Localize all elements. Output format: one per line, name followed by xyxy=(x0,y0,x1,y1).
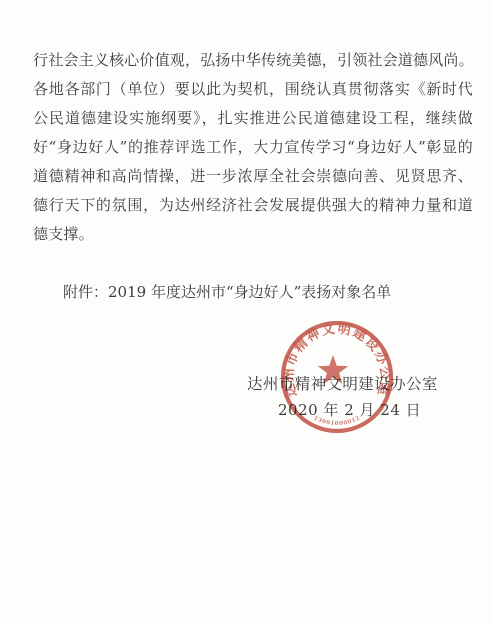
body-text-line: 行社会主义核心价值观，弘扬中华传统美德，引领社会道德风尚。 xyxy=(33,46,473,75)
body-text-line: 道德精神和高尚情操，进一步浓厚全社会崇德向善、见贤思齐、 xyxy=(33,162,473,191)
attachment-reference-line: 附件：2019 年度达州市“身边好人”表扬对象名单 xyxy=(33,278,473,307)
document-body: 行社会主义核心价值观，弘扬中华传统美德，引领社会道德风尚。 各地各部门（单位）要… xyxy=(0,0,491,423)
body-text-line: 好“身边好人”的推荐评选工作，大力宣传学习“身边好人”彰显的 xyxy=(33,133,473,162)
issuing-office-signature: 达州市精神文明建设办公室 xyxy=(247,371,473,397)
closing-block: 达州市精神文明建设办公室 2020 年 2 月 24 日 xyxy=(33,371,473,423)
issue-date: 2020 年 2 月 24 日 xyxy=(278,397,473,423)
body-text-line: 德行天下的氛围，为达州经济社会发展提供强大的精神力量和道 xyxy=(33,191,473,220)
body-text-line: 公民道德建设实施纲要》，扎实推进公民道德建设工程，继续做 xyxy=(33,104,473,133)
scan-noise-texture xyxy=(0,437,491,492)
body-text-line: 德支撑。 xyxy=(33,220,473,249)
scanned-document-page: 行社会主义核心价值观，弘扬中华传统美德，引领社会道德风尚。 各地各部门（单位）要… xyxy=(0,0,491,624)
body-text-line: 各地各部门（单位）要以此为契机，围绕认真贯彻落实《新时代 xyxy=(33,75,473,104)
